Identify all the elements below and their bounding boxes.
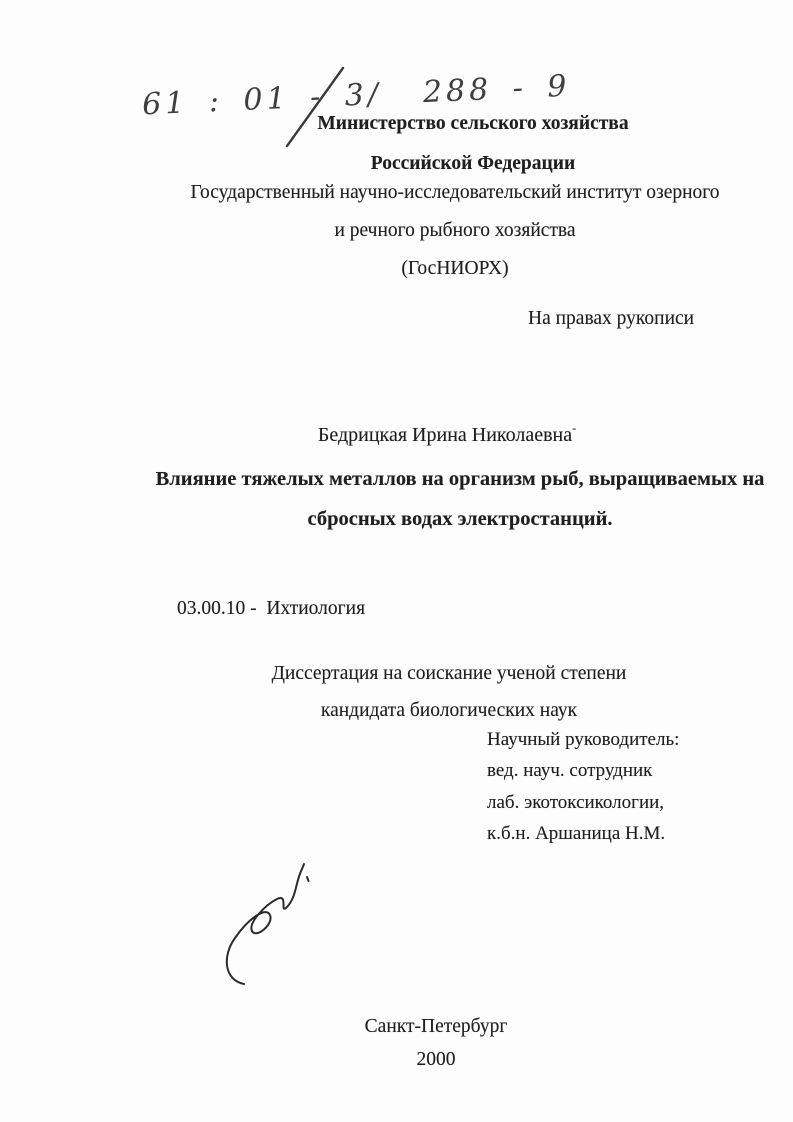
manuscript-rights-note: На правах рукописи [528,308,694,330]
institute-abbreviation: (ГосНИОРХ) [135,258,775,280]
supervisor-position: вед. науч. сотрудник [487,760,652,782]
dissertation-title-line1: Влияние тяжелых металлов на организм рыб… [140,468,780,492]
publication-year: 2000 [116,1049,756,1071]
degree-statement-line1: Диссертация на соискание ученой степени [129,663,769,685]
ministry-name-line1: Министерство сельского хозяйства [153,113,793,135]
institute-name-line2: и речного рыбного хозяйства [135,220,775,242]
dissertation-title-page: 61 : 01 - 3/ 288 - 9 Министерство сельск… [0,0,793,1122]
dissertation-title-line2: сбросных водах электростанций. [140,508,780,532]
ministry-name-line2: Российской Федерации [153,153,793,175]
supervisor-heading: Научный руководитель: [487,729,679,751]
handwritten-slash-mark [280,62,350,154]
author-name-row: Бедрицкая Ирина Николаевна- [117,399,757,470]
supervisor-name: к.б.н. Аршаница Н.М. [487,823,665,845]
specialty-code: 03.00.10 - Ихтиология [177,598,365,620]
scan-artifact-mark: - [572,421,576,435]
degree-statement-line2: кандидата биологических наук [129,700,769,722]
supervisor-laboratory: лаб. экотоксикологии, [487,792,664,814]
city-name: Санкт-Петербург [116,1016,756,1038]
institute-name-line1: Государственный научно-исследовательский… [135,182,775,204]
author-name: Бедрицкая Ирина Николаевна [318,424,572,446]
handwritten-signature [208,846,318,986]
